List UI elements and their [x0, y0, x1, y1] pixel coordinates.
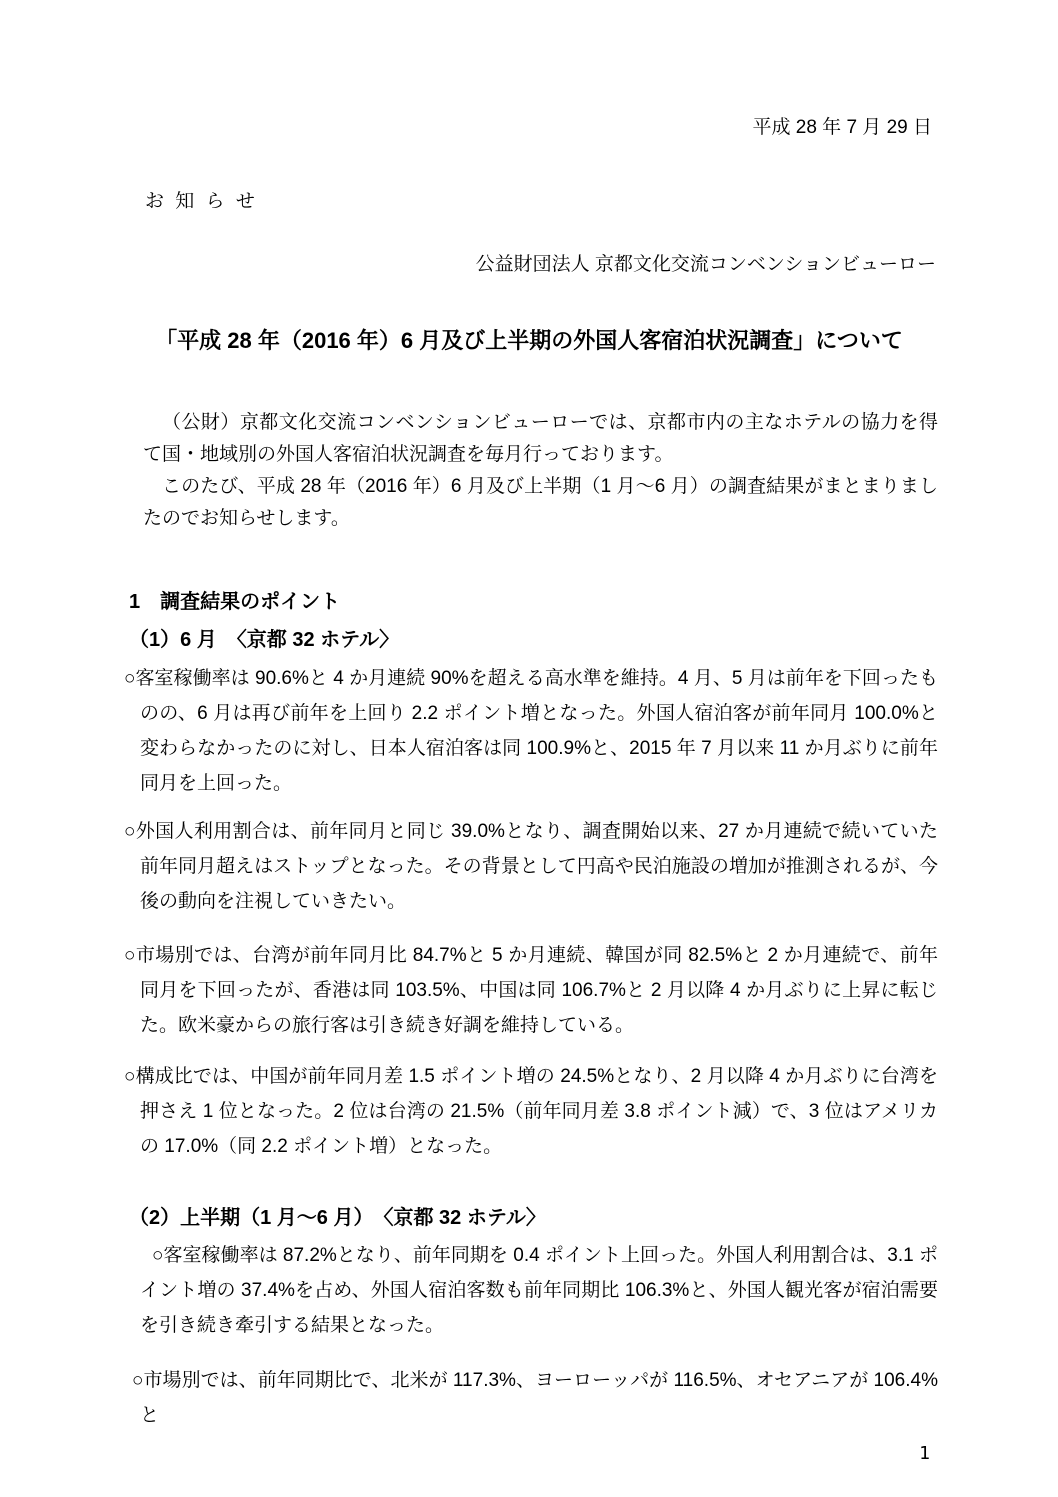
- page-number: 1: [919, 1443, 930, 1464]
- intro-paragraph-2: このたび、平成 28 年（2016 年）6 月及び上半期（1 月～6 月）の調査…: [143, 471, 938, 535]
- bullet-text: 市場別では、台湾が前年同月比 84.7%と 5 か月連続、韓国が同 82.5%と…: [136, 945, 938, 1036]
- bullet-foreign-ratio-june: ○外国人利用割合は、前年同月と同じ 39.0%となり、調査開始以来、27 か月連…: [124, 814, 938, 919]
- subsection-heading-june: （1）6 月 〈京都 32 ホテル〉: [129, 623, 399, 652]
- circle-bullet-icon: ○: [124, 1066, 136, 1087]
- subsection-heading-first-half: （2）上半期（1 月～6 月） 〈京都 32 ホテル〉: [129, 1201, 546, 1230]
- document-date: 平成 28 年 7 月 29 日: [752, 112, 932, 139]
- bullet-occupancy-first-half: ○客室稼働率は 87.2%となり、前年同期を 0.4 ポイント上回った。外国人利…: [124, 1238, 938, 1343]
- circle-bullet-icon: ○: [132, 1370, 144, 1391]
- bullet-text: 客室稼働率は 90.6%と 4 か月連続 90%を超える高水準を維持。4 月、5…: [136, 668, 938, 794]
- bullet-markets-first-half: ○市場別では、前年同期比で、北米が 117.3%、ヨーローッパが 116.5%、…: [124, 1363, 938, 1433]
- circle-bullet-icon: ○: [124, 821, 136, 842]
- document-page: 平成 28 年 7 月 29 日 お 知 ら せ 公益財団法人 京都文化交流コン…: [0, 0, 1058, 1497]
- document-title: 「平成 28 年（2016 年）6 月及び上半期の外国人客宿泊状況調査」について: [0, 324, 1058, 355]
- bullet-text: 客室稼働率は 87.2%となり、前年同期を 0.4 ポイント上回った。外国人利用…: [140, 1245, 938, 1336]
- bullet-text: 市場別では、前年同期比で、北米が 117.3%、ヨーローッパが 116.5%、オ…: [140, 1370, 938, 1426]
- section-heading-survey-points: 1 調査結果のポイント: [129, 585, 340, 614]
- bullet-markets-june: ○市場別では、台湾が前年同月比 84.7%と 5 か月連続、韓国が同 82.5%…: [124, 938, 938, 1043]
- circle-bullet-icon: ○: [124, 945, 136, 966]
- circle-bullet-icon: ○: [152, 1245, 164, 1266]
- intro-paragraph-1: （公財）京都文化交流コンベンションビューローでは、京都市内の主なホテルの協力を得…: [143, 407, 938, 471]
- intro-section: （公財）京都文化交流コンベンションビューローでは、京都市内の主なホテルの協力を得…: [143, 407, 938, 535]
- bullet-text: 構成比では、中国が前年同月差 1.5 ポイント増の 24.5%となり、2 月以降…: [136, 1066, 938, 1157]
- notice-label: お 知 ら せ: [145, 186, 258, 213]
- bullet-composition-june: ○構成比では、中国が前年同月差 1.5 ポイント増の 24.5%となり、2 月以…: [124, 1059, 938, 1164]
- organization-name: 公益財団法人 京都文化交流コンベンションビューロー: [476, 249, 936, 276]
- circle-bullet-icon: ○: [124, 668, 136, 689]
- bullet-occupancy-june: ○客室稼働率は 90.6%と 4 か月連続 90%を超える高水準を維持。4 月、…: [124, 661, 938, 801]
- bullet-text: 外国人利用割合は、前年同月と同じ 39.0%となり、調査開始以来、27 か月連続…: [136, 821, 938, 912]
